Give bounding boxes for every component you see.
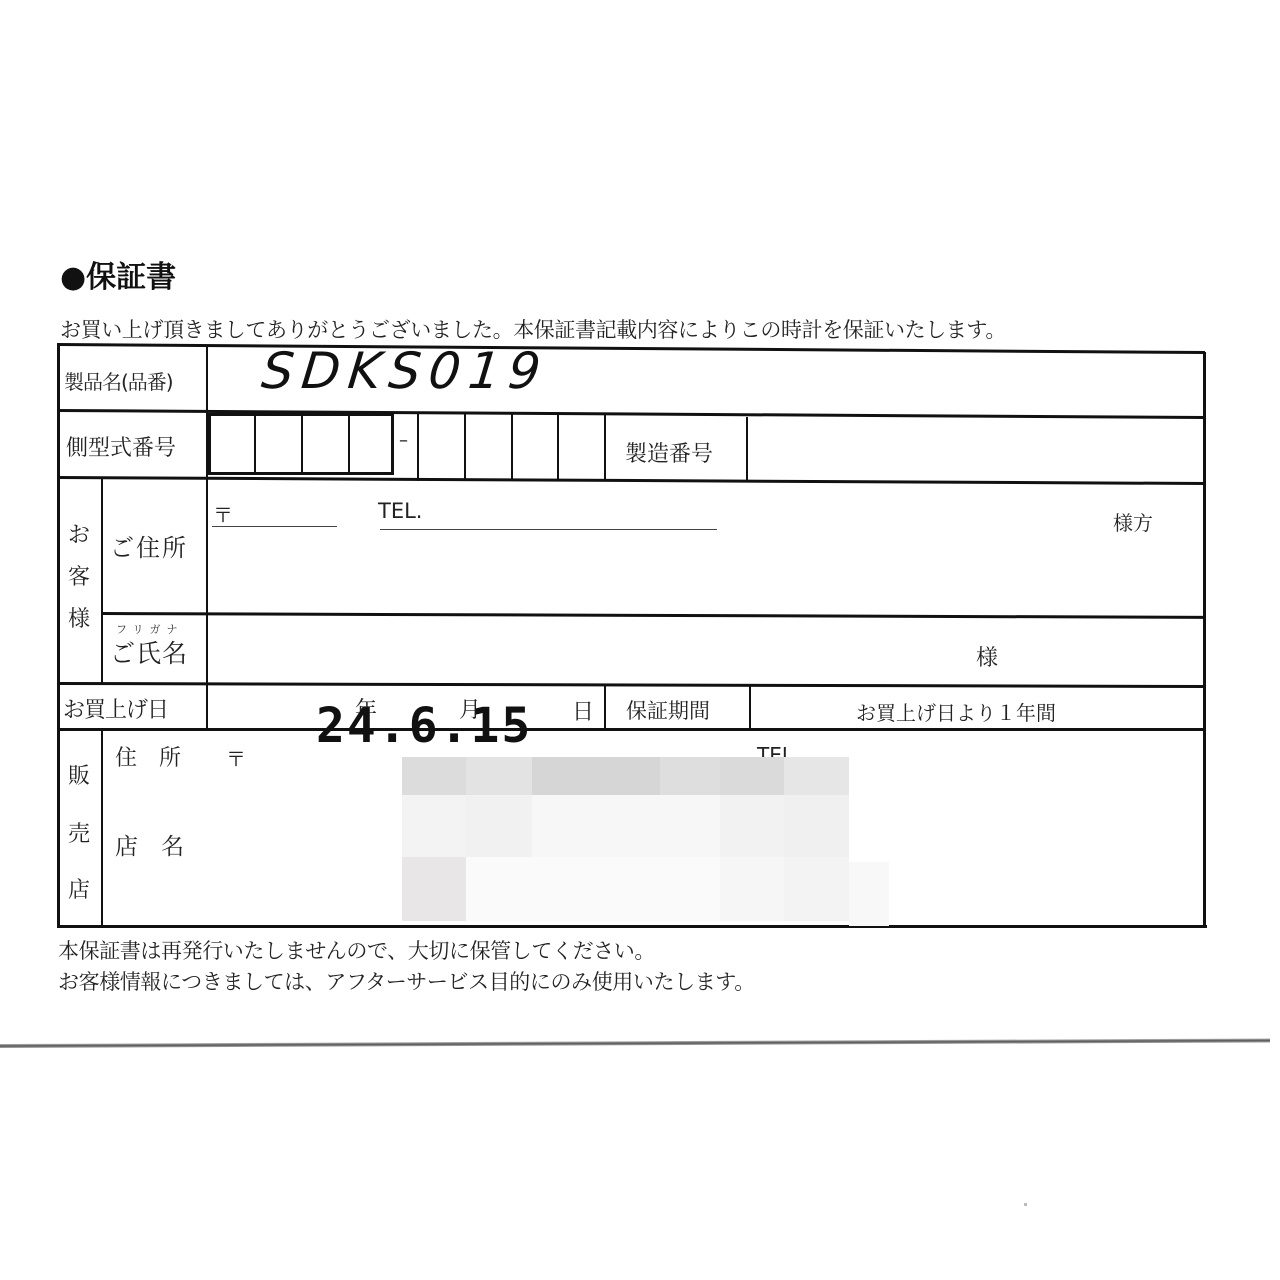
group-col-divider bbox=[101, 730, 103, 927]
card-edge bbox=[0, 1038, 1270, 1048]
case-box-divider bbox=[301, 413, 303, 475]
label-col-divider bbox=[206, 478, 208, 683]
redacted-store-stamp bbox=[402, 757, 889, 927]
store-group-label-2: 売 bbox=[64, 814, 94, 856]
case-number-separator: – bbox=[399, 430, 408, 451]
warranty-period-value: お買上げ日より１年間 bbox=[856, 697, 1056, 726]
customer-group-label-3: 様 bbox=[64, 599, 94, 641]
case-box-divider bbox=[604, 413, 606, 481]
case-box-divider bbox=[511, 413, 513, 481]
group-col-divider bbox=[101, 478, 103, 683]
name-field[interactable] bbox=[210, 618, 970, 680]
form-border-right bbox=[1203, 352, 1206, 928]
name-label: ご氏名 bbox=[110, 634, 188, 670]
footer-note-2: お客様情報につきましては、アフターサービス目的にのみ使用いたします。 bbox=[58, 966, 755, 996]
store-group-label-3: 店 bbox=[64, 870, 94, 912]
name-suffix: 様 bbox=[976, 641, 998, 672]
purchase-date-label: お買上げ日 bbox=[63, 693, 168, 724]
store-address-label: 住 所 bbox=[115, 741, 181, 772]
address-suffix: 様方 bbox=[1113, 507, 1153, 536]
postal-mark: 〒 bbox=[213, 499, 233, 528]
customer-group-label-1: お bbox=[64, 515, 94, 557]
product-name-value[interactable]: SDKS019 bbox=[259, 342, 551, 400]
speck bbox=[1024, 1203, 1027, 1206]
address-label: ご住所 bbox=[110, 528, 188, 563]
row-divider bbox=[57, 728, 1205, 731]
postal-code-underline[interactable] bbox=[212, 526, 337, 527]
store-postal-mark: 〒 bbox=[226, 743, 246, 772]
tel-label: TEL. bbox=[378, 499, 422, 523]
serial-col-divider bbox=[746, 417, 748, 482]
warranty-col-divider bbox=[749, 684, 751, 729]
customer-group-label-2: 客 bbox=[64, 557, 94, 599]
case-box-divider bbox=[254, 413, 256, 475]
warranty-period-label: 保証期間 bbox=[626, 695, 710, 725]
warranty-title: ●保証書 bbox=[60, 252, 176, 296]
footer-note-1: 本保証書は再発行いたしませんので、大切に保管してください。 bbox=[58, 935, 655, 965]
case-box-divider bbox=[348, 413, 350, 475]
store-name-label: 店 名 bbox=[115, 828, 184, 861]
case-number-label: 側型式番号 bbox=[66, 431, 176, 462]
case-box-divider bbox=[557, 413, 559, 481]
date-col-divider bbox=[604, 684, 606, 729]
label-col-divider bbox=[206, 684, 208, 729]
purchase-date-stamp: 24.6.15 bbox=[316, 698, 532, 754]
product-name-label: 製品名(品番) bbox=[64, 366, 173, 395]
tel-underline[interactable] bbox=[380, 529, 717, 530]
day-label: 日 bbox=[572, 695, 594, 726]
row-divider bbox=[57, 682, 1205, 688]
case-box-divider bbox=[417, 413, 419, 481]
serial-number-field[interactable] bbox=[750, 420, 1200, 480]
form-border-left bbox=[57, 343, 60, 928]
intro-text: お買い上げ頂きましてありがとうございました。本保証書記載内容によりこの時計を保証… bbox=[60, 314, 1006, 344]
store-group-label-1: 販 bbox=[64, 756, 94, 798]
address-field[interactable] bbox=[210, 540, 1200, 610]
form-border-top bbox=[57, 343, 1205, 354]
case-box-divider bbox=[464, 413, 466, 481]
serial-number-label: 製造番号 bbox=[625, 437, 713, 468]
